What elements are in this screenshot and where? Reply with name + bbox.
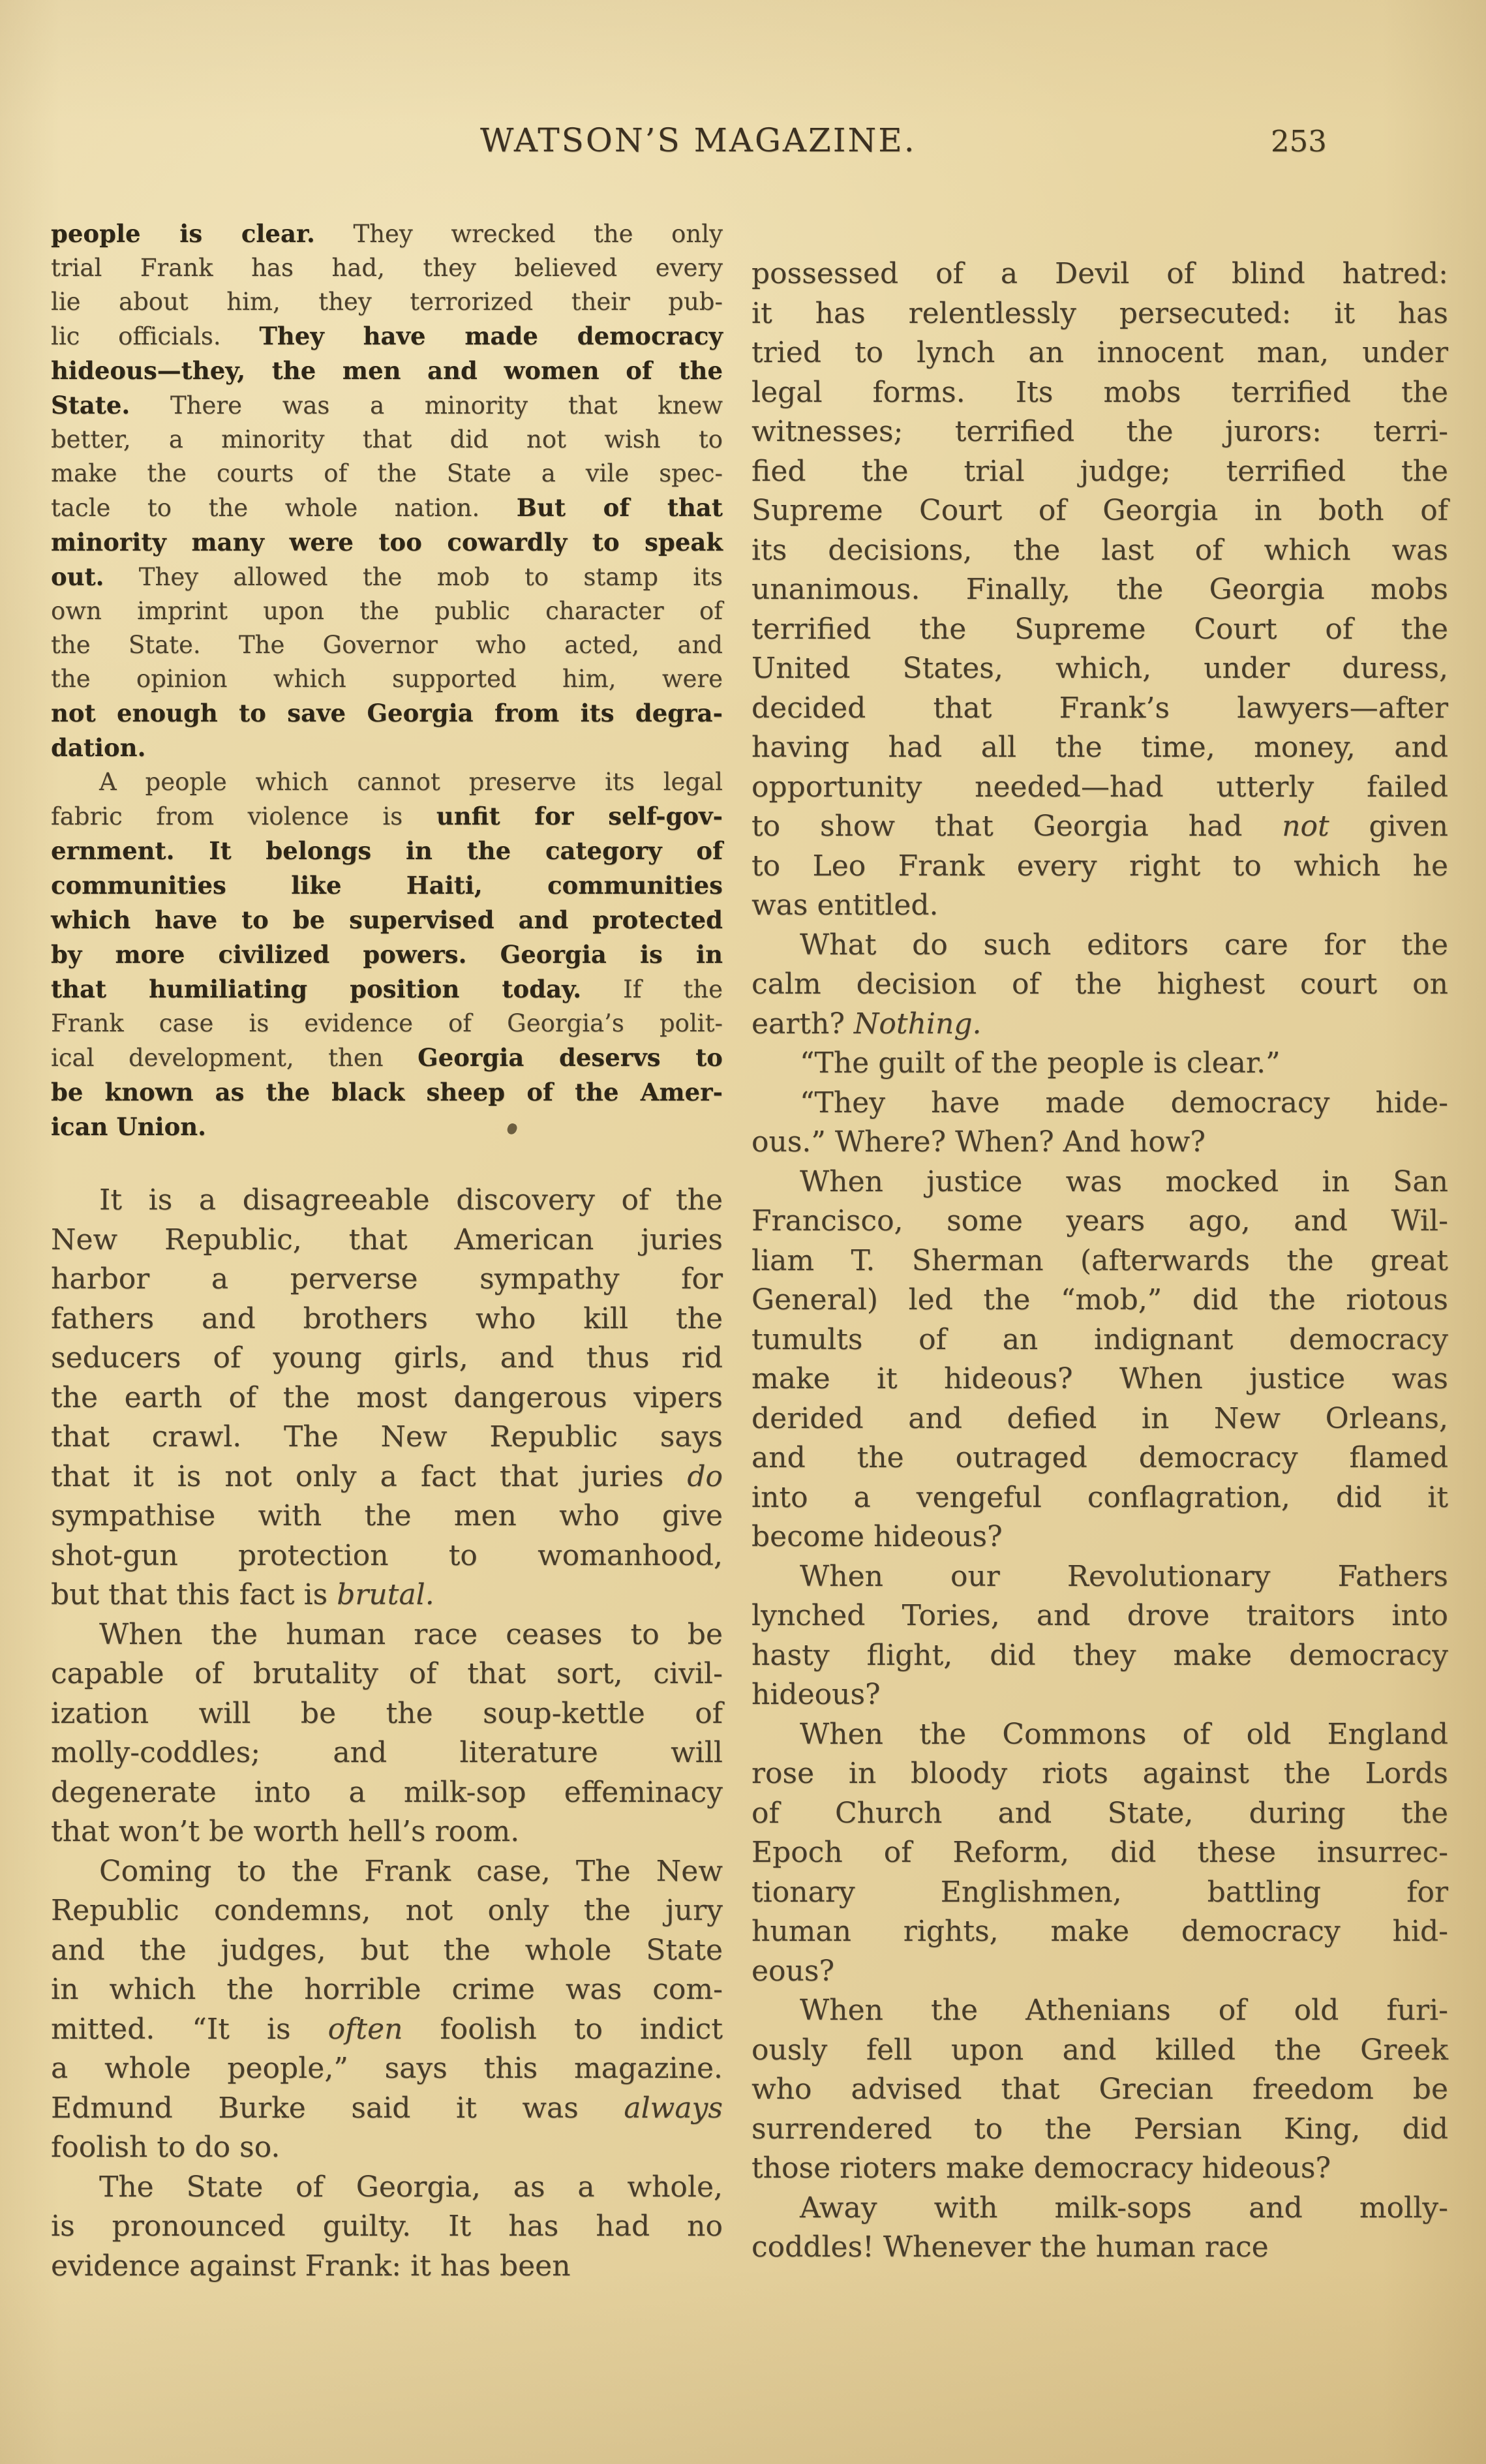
text-line: of Church and State, during the [751, 1794, 1448, 1834]
text-line: ical development, then Georgia deservs t… [51, 1041, 723, 1075]
text-line: liam T. Sherman (afterwards the great [751, 1241, 1448, 1281]
text-run: When the Commons of old England [800, 1718, 1448, 1751]
text-run: lic officials. [51, 322, 259, 350]
text-line: that crawl. The New Republic says [51, 1418, 723, 1457]
text-line: that won’t be worth hell’s room. [51, 1812, 723, 1852]
text-line: General) led the “mob,” did the riotous [751, 1281, 1448, 1320]
text-run: derided and defied in New Orleans, [751, 1402, 1448, 1435]
text-run: seducers of young girls, and thus rid [51, 1341, 723, 1375]
text-line: A people which cannot preserve its legal [51, 765, 723, 799]
running-head: WATSON’S MAGAZINE. 253 [0, 121, 1486, 174]
text-run: earth? [751, 1007, 854, 1041]
text-line: derided and defied in New Orleans, [751, 1399, 1448, 1439]
text-line: witnesses; terrified the jurors: terri- [751, 412, 1448, 452]
text-run: own imprint upon the public character of [51, 597, 723, 625]
text-run: ously fell upon and killed the Greek [751, 2033, 1448, 2067]
text-line: is pronounced guilty. It has had no [51, 2207, 723, 2247]
text-line: to Leo Frank every right to which he [751, 847, 1448, 887]
text-run: who advised that Grecian freedom be [751, 2073, 1448, 2106]
text-run: those rioters make democracy hideous? [751, 2152, 1331, 2185]
text-run: witnesses; terrified the jurors: terri- [751, 415, 1448, 448]
text-run: of Church and State, during the [751, 1797, 1448, 1830]
text-line: trial Frank has had, they believed every [51, 251, 723, 285]
text-run: evidence against Frank: it has been [51, 2249, 571, 2283]
text-run: hideous? [751, 1678, 881, 1711]
text-line: When the human race ceases to be [51, 1615, 723, 1655]
text-line: degenerate into a milk-sop effeminacy [51, 1773, 723, 1813]
text-run: Away with milk-sops and molly- [800, 2191, 1448, 2225]
text-line: make it hideous? When justice was [751, 1360, 1448, 1399]
text-line: fabric from violence is unfit for self-g… [51, 799, 723, 834]
text-run: harbor a perverse sympathy for [51, 1262, 723, 1296]
text-run: and the outraged democracy flamed [751, 1441, 1448, 1474]
text-run: United States, which, under duress, [751, 652, 1448, 685]
text-run: that humiliating position today. [51, 975, 581, 1003]
text-line: Francisco, some years ago, and Wil- [751, 1202, 1448, 1241]
text-run: by more civilized powers. Georgia is in [51, 940, 723, 969]
text-run: coddles! Whenever the human race [751, 2230, 1269, 2264]
text-run: its decisions, the last of which was [751, 534, 1448, 567]
text-line: earth? Nothing. [751, 1005, 1448, 1044]
text-line: hideous—they, the men and women of the [51, 354, 723, 388]
paragraph: The State of Georgia, as a whole,is pron… [51, 2168, 723, 2287]
text-line: New Republic, that American juries [51, 1221, 723, 1260]
text-run: fabric from violence is [51, 802, 436, 830]
text-run: ical development, then [51, 1044, 417, 1072]
text-run: tumults of an indignant democracy [751, 1323, 1448, 1356]
text-run: unfit for self-gov- [436, 802, 723, 830]
text-line: seducers of young girls, and thus rid [51, 1339, 723, 1378]
text-run: always [624, 2091, 723, 2125]
text-line: make the courts of the State a vile spec… [51, 457, 723, 491]
text-run: that won’t be worth hell’s room. [51, 1815, 519, 1848]
text-line: and the outraged democracy flamed [751, 1438, 1448, 1478]
text-run: brutal. [337, 1578, 434, 1611]
text-run: rose in bloody riots against the Lords [751, 1757, 1448, 1790]
paragraph: Away with milk-sops and molly-coddles! W… [751, 2189, 1448, 2268]
text-run: sympathise with the men who give [51, 1499, 723, 1532]
text-line: fied the trial judge; terrified the [751, 452, 1448, 492]
text-run: people is clear. [51, 219, 315, 248]
text-line: calm decision of the highest court on [751, 965, 1448, 1005]
text-line: State. There was a minority that knew [51, 388, 723, 423]
text-run: “They have made democracy hide- [800, 1086, 1448, 1119]
text-run: tionary Englishmen, battling for [751, 1876, 1448, 1909]
text-line: capable of brutality of that sort, civil… [51, 1654, 723, 1694]
text-line: rose in bloody riots against the Lords [751, 1754, 1448, 1794]
text-run: ernment. It belongs in the category of [51, 836, 723, 865]
text-run: fathers and brothers who kill the [51, 1302, 723, 1335]
text-run: often [328, 2013, 403, 2046]
text-run: but that this fact is [51, 1578, 337, 1611]
text-line: When justice was mocked in San [751, 1163, 1448, 1202]
text-line: terrified the Supreme Court of the [751, 610, 1448, 650]
text-line: tried to lynch an innocent man, under [751, 333, 1448, 373]
text-run: opportunity needed—had utterly failed [751, 770, 1448, 804]
text-run: better, a minority that did not wish to [51, 425, 723, 453]
text-line: it has relentlessly persecuted: it has [751, 294, 1448, 334]
text-line: unanimous. Finally, the Georgia mobs [751, 570, 1448, 610]
text-run: be known as the black sheep of the Amer- [51, 1078, 723, 1106]
text-line: lie about him, they terrorized their pub… [51, 285, 723, 319]
text-run: tacle to the whole nation. [51, 494, 517, 522]
text-line: better, a minority that did not wish to [51, 423, 723, 457]
paragraph: people is clear. They wrecked the onlytr… [51, 217, 723, 765]
text-run: to show that Georgia had [751, 810, 1282, 843]
text-run: When the human race ceases to be [99, 1618, 723, 1651]
text-run: having had all the time, money, and [751, 731, 1448, 764]
text-line: which have to be supervised and protecte… [51, 903, 723, 937]
text-line: The State of Georgia, as a whole, [51, 2168, 723, 2208]
text-run: and the judges, but the whole State [51, 1934, 723, 1967]
text-run: When the Athenians of old furi- [800, 1994, 1448, 2027]
text-run: not [1282, 810, 1329, 843]
text-line: “The guilt of the people is clear.” [751, 1044, 1448, 1084]
text-run: There was a minority that knew [130, 391, 723, 419]
text-run: trial Frank has had, they believed every [51, 254, 723, 282]
text-run: fied the trial judge; terrified the [751, 455, 1448, 488]
text-run: Francisco, some years ago, and Wil- [751, 1204, 1448, 1238]
text-line: people is clear. They wrecked the only [51, 217, 723, 251]
text-line: that it is not only a fact that juries d… [51, 1457, 723, 1497]
paragraph: When justice was mocked in SanFrancisco,… [751, 1163, 1448, 1557]
text-run: State. [51, 391, 130, 419]
text-run: a whole people,” says this magazine. [51, 2052, 723, 2085]
text-line: ous.” Where? When? And how? [751, 1123, 1448, 1163]
text-run: human rights, make democracy hid- [751, 1915, 1448, 1948]
text-line: tionary Englishmen, battling for [751, 1873, 1448, 1913]
text-run: out. [51, 562, 104, 591]
text-line: molly-coddles; and literature will [51, 1733, 723, 1773]
magazine-page-scan: { "page": { "title": "WATSON’S MAGAZINE.… [0, 0, 1486, 2464]
paragraph: A people which cannot preserve its legal… [51, 765, 723, 1144]
text-run: But of that [517, 493, 723, 522]
text-run: that it is not only a fact that juries [51, 1460, 687, 1493]
text-run: the State. The Governor who acted, and [51, 631, 723, 659]
text-run: make the courts of the State a vile spec… [51, 459, 723, 487]
text-run: ization will be the soup-kettle of [51, 1697, 723, 1730]
text-line: to show that Georgia had not given [751, 807, 1448, 847]
text-line: communities like Haiti, communities [51, 868, 723, 903]
text-line: United States, which, under duress, [751, 649, 1448, 689]
text-line: hasty flight, did they make democracy [751, 1636, 1448, 1676]
text-line: Republic condemns, not only the jury [51, 1891, 723, 1931]
text-line: possessed of a Devil of blind hatred: [751, 254, 1448, 294]
text-line: When the Athenians of old furi- [751, 1991, 1448, 2031]
text-run: is pronounced guilty. It has had no [51, 2210, 723, 2243]
text-run: It is a disagreeable discovery of the [99, 1183, 723, 1217]
text-run: lynched Tories, and drove traitors into [751, 1599, 1448, 1632]
text-line: ican Union. [51, 1110, 723, 1144]
text-line: mitted. “It is often foolish to indict [51, 2010, 723, 2050]
text-run: make it hideous? When justice was [751, 1362, 1448, 1395]
text-line: but that this fact is brutal. [51, 1575, 723, 1615]
text-run: into a vengeful conflagration, did it [751, 1481, 1448, 1514]
text-run: which have to be supervised and protecte… [51, 905, 723, 934]
text-line: When the Commons of old England [751, 1715, 1448, 1755]
text-line: by more civilized powers. Georgia is in [51, 937, 723, 972]
text-run: possessed of a Devil of blind hatred: [751, 257, 1448, 290]
text-run: When our Revolutionary Fathers [800, 1560, 1448, 1593]
text-run: New Republic, that American juries [51, 1223, 723, 1256]
text-line: Coming to the Frank case, The New [51, 1852, 723, 1892]
text-line: and the judges, but the whole State [51, 1931, 723, 1971]
text-line: into a vengeful conflagration, did it [751, 1478, 1448, 1518]
text-run: shot-gun protection to womanhood, [51, 1539, 723, 1572]
paragraph: It is a disagreeable discovery of theNew… [51, 1181, 723, 1615]
text-line: Edmund Burke said it was always [51, 2089, 723, 2129]
text-run: capable of brutality of that sort, civil… [51, 1657, 723, 1690]
text-run: The State of Georgia, as a whole, [99, 2170, 723, 2204]
text-line: human rights, make democracy hid- [751, 1912, 1448, 1952]
text-run: General) led the “mob,” did the riotous [751, 1283, 1448, 1316]
text-run: tried to lynch an innocent man, under [751, 336, 1448, 369]
text-line: a whole people,” says this magazine. [51, 2049, 723, 2089]
text-run: What do such editors care for the [800, 928, 1448, 962]
text-run: degenerate into a milk-sop effeminacy [51, 1776, 723, 1809]
text-run: Frank case is evidence of Georgia’s poli… [51, 1009, 723, 1037]
text-line: ously fell upon and killed the Greek [751, 2031, 1448, 2071]
text-run: the opinion which supported him, were [51, 665, 723, 693]
text-run: it has relentlessly persecuted: it has [751, 297, 1448, 330]
text-run: that crawl. The New Republic says [51, 1420, 723, 1453]
text-line: become hideous? [751, 1517, 1448, 1557]
text-line: eous? [751, 1952, 1448, 1992]
text-line: hideous? [751, 1675, 1448, 1715]
text-run: Edmund Burke said it was [51, 2091, 624, 2125]
text-run: “The guilt of the people is clear.” [800, 1046, 1281, 1080]
text-run: foolish to do so. [51, 2131, 280, 2164]
text-run: calm decision of the highest court on [751, 967, 1448, 1001]
text-run: Nothing. [854, 1007, 982, 1041]
text-line: in which the horrible crime was com- [51, 1970, 723, 2010]
text-line: Supreme Court of Georgia in both of [751, 491, 1448, 531]
text-run: eous? [751, 1954, 834, 1988]
paragraph: When the Athenians of old furi-ously fel… [751, 1991, 1448, 2189]
text-line: that humiliating position today. If the [51, 972, 723, 1007]
text-run: become hideous? [751, 1520, 1003, 1553]
text-run: terrified the Supreme Court of the [751, 613, 1448, 646]
text-run: decided that Frank’s lawyers—after [751, 692, 1448, 725]
text-run: Supreme Court of Georgia in both of [751, 494, 1448, 527]
text-line: Epoch of Reform, did these insurrec- [751, 1833, 1448, 1873]
text-line: When our Revolutionary Fathers [751, 1557, 1448, 1597]
text-line: be known as the black sheep of the Amer- [51, 1075, 723, 1110]
column-right: possessed of a Devil of blind hatred:it … [751, 254, 1448, 2268]
text-run: minority many were too cowardly to speak [51, 528, 723, 556]
text-run: legal forms. Its mobs terrified the [751, 376, 1448, 409]
text-run: Republic condemns, not only the jury [51, 1894, 723, 1927]
text-run: A people which cannot preserve its legal [99, 768, 723, 796]
text-run: Georgia deservs to [417, 1043, 723, 1072]
text-line: “They have made democracy hide- [751, 1084, 1448, 1123]
text-line: Frank case is evidence of Georgia’s poli… [51, 1007, 723, 1041]
text-run: given [1329, 810, 1448, 843]
text-line: harbor a perverse sympathy for [51, 1260, 723, 1300]
text-run: Epoch of Reform, did these insurrec- [751, 1836, 1448, 1869]
text-line: shot-gun protection to womanhood, [51, 1536, 723, 1576]
text-run: Coming to the Frank case, The New [99, 1855, 723, 1888]
text-run: the earth of the most dangerous vipers [51, 1381, 723, 1414]
text-line: ernment. It belongs in the category of [51, 834, 723, 868]
paragraph: “The guilt of the people is clear.” [751, 1044, 1448, 1084]
text-line: What do such editors care for the [751, 926, 1448, 966]
text-line: lynched Tories, and drove traitors into [751, 1596, 1448, 1636]
text-line: evidence against Frank: it has been [51, 2247, 723, 2287]
text-run: not enough to save Georgia from its degr… [51, 699, 723, 727]
text-run: They wrecked the only [315, 220, 723, 248]
text-line: minority many were too cowardly to speak [51, 525, 723, 560]
text-line: those rioters make democracy hideous? [751, 2149, 1448, 2189]
text-line: out. They allowed the mob to stamp its [51, 560, 723, 594]
text-line: its decisions, the last of which was [751, 531, 1448, 571]
text-line: not enough to save Georgia from its degr… [51, 696, 723, 731]
text-run: foolish to indict [402, 2013, 723, 2046]
text-run: unanimous. Finally, the Georgia mobs [751, 573, 1448, 606]
text-line: own imprint upon the public character of [51, 594, 723, 628]
paragraph: When the human race ceases to becapable … [51, 1615, 723, 1852]
text-run: mitted. “It is [51, 2013, 328, 2046]
text-line: decided that Frank’s lawyers—after [751, 689, 1448, 729]
text-line: the earth of the most dangerous vipers [51, 1378, 723, 1418]
text-line: lic officials. They have made democracy [51, 319, 723, 354]
text-line: was entitled. [751, 886, 1448, 926]
text-run: They allowed the mob to stamp its [104, 563, 723, 591]
text-line: tumults of an indignant democracy [751, 1320, 1448, 1360]
text-line: surrendered to the Persian King, did [751, 2110, 1448, 2150]
text-run: They have made democracy [259, 322, 723, 350]
text-run: communities like Haiti, communities [51, 871, 723, 900]
text-run: do [687, 1460, 723, 1493]
text-run: in which the horrible crime was com- [51, 1973, 723, 2006]
text-run: molly-coddles; and literature will [51, 1736, 723, 1769]
text-run: to Leo Frank every right to which he [751, 849, 1448, 883]
text-run: hasty flight, did they make democracy [751, 1639, 1448, 1672]
page-number: 253 [1271, 124, 1327, 159]
paragraph: When the Commons of old Englandrose in b… [751, 1715, 1448, 1992]
text-run: If the [581, 975, 723, 1003]
paragraph: Coming to the Frank case, The NewRepubli… [51, 1852, 723, 2168]
paragraph: possessed of a Devil of blind hatred:it … [751, 254, 1448, 926]
paragraph: When our Revolutionary Fatherslynched To… [751, 1557, 1448, 1715]
text-line: foolish to do so. [51, 2128, 723, 2168]
text-line: the State. The Governor who acted, and [51, 628, 723, 662]
text-run: ous.” Where? When? And how? [751, 1125, 1205, 1159]
text-line: Away with milk-sops and molly- [751, 2189, 1448, 2228]
paragraph: What do such editors care for thecalm de… [751, 926, 1448, 1044]
page-title: WATSON’S MAGAZINE. [480, 121, 917, 159]
text-line: sympathise with the men who give [51, 1497, 723, 1536]
text-line: who advised that Grecian freedom be [751, 2070, 1448, 2110]
text-run: hideous—they, the men and women of the [51, 356, 723, 385]
text-line: the opinion which supported him, were [51, 662, 723, 696]
text-line: opportunity needed—had utterly failed [751, 768, 1448, 808]
text-run: When justice was mocked in San [800, 1165, 1448, 1198]
text-line: ization will be the soup-kettle of [51, 1694, 723, 1734]
text-run: dation. [51, 733, 145, 762]
paragraph: “They have made democracy hide-ous.” Whe… [751, 1084, 1448, 1163]
text-line: coddles! Whenever the human race [751, 2228, 1448, 2268]
text-line: It is a disagreeable discovery of the [51, 1181, 723, 1221]
text-run: lie about him, they terrorized their pub… [51, 288, 723, 316]
text-run: was entitled. [751, 889, 939, 922]
text-run: liam T. Sherman (afterwards the great [751, 1244, 1448, 1277]
text-run: surrendered to the Persian King, did [751, 2112, 1448, 2146]
text-line: dation. [51, 731, 723, 765]
text-line: legal forms. Its mobs terrified the [751, 373, 1448, 413]
column-left: people is clear. They wrecked the onlytr… [51, 217, 723, 2286]
text-line: having had all the time, money, and [751, 728, 1448, 768]
text-line: fathers and brothers who kill the [51, 1300, 723, 1339]
text-run: ican Union. [51, 1112, 206, 1141]
text-line: tacle to the whole nation. But of that [51, 491, 723, 525]
